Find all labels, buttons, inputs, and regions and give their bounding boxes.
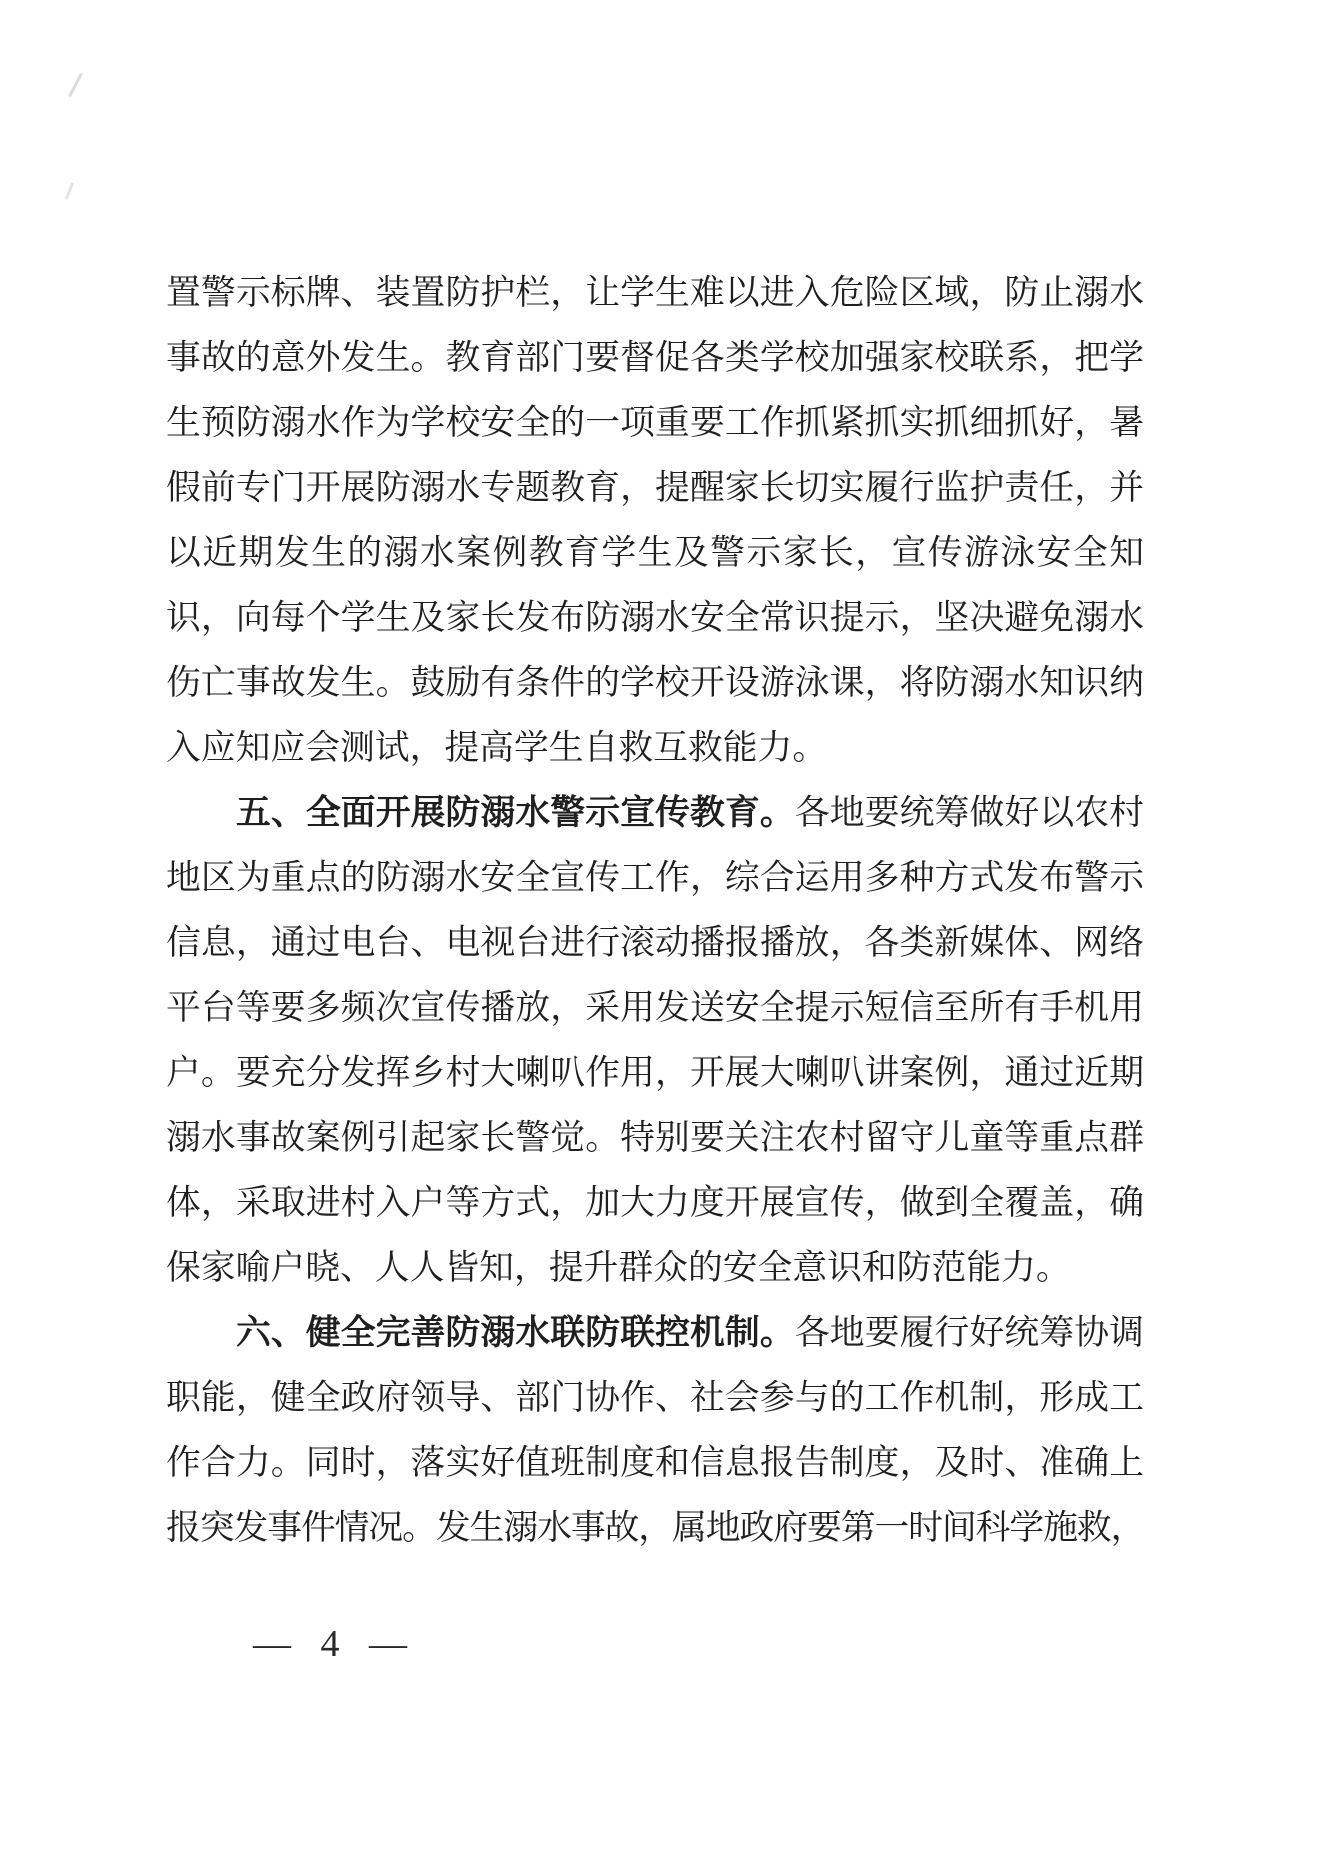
line-text: 职能，健全政府领导、部门协作、社会参与的工作机制，形成工: [166, 1378, 1144, 1417]
line-text: 体，采取进村入户等方式，加大力度开展宣传，做到全覆盖，确: [166, 1183, 1144, 1222]
line-text: 户。要充分发挥乡村大喇叭作用，开展大喇叭讲案例，通过近期: [166, 1053, 1144, 1092]
line-text: 各地要统筹做好以农村: [795, 793, 1144, 832]
text-line: 以近期发生的溺水案例教育学生及警示家长，宣传游泳安全知: [166, 520, 1144, 585]
text-line: 地区为重点的防溺水安全宣传工作，综合运用多种方式发布警示: [166, 845, 1144, 910]
text-line: 生预防溺水作为学校安全的一项重要工作抓紧抓实抓细抓好，暑: [166, 390, 1144, 455]
line-text: 伤亡事故发生。鼓励有条件的学校开设游泳课，将防溺水知识纳: [166, 663, 1144, 702]
text-line: 假前专门开展防溺水专题教育，提醒家长切实履行监护责任，并: [166, 455, 1144, 520]
line-text: 置警示标牌、装置防护栏，让学生难以进入危险区域，防止溺水: [166, 273, 1144, 312]
line-text: 假前专门开展防溺水专题教育，提醒家长切实履行监护责任，并: [166, 468, 1144, 507]
text-line: 保家喻户晓、人人皆知，提升群众的安全意识和防范能力。: [166, 1235, 1144, 1300]
text-line: 溺水事故案例引起家长警觉。特别要关注农村留守儿童等重点群: [166, 1105, 1144, 1170]
text-line: 伤亡事故发生。鼓励有条件的学校开设游泳课，将防溺水知识纳: [166, 650, 1144, 715]
line-text: 事故的意外发生。教育部门要督促各类学校加强家校联系，把学: [166, 338, 1144, 377]
scan-artifact: [65, 182, 75, 200]
line-text: 各地要履行好统筹协调: [795, 1313, 1144, 1352]
line-text: 保家喻户晓、人人皆知，提升群众的安全意识和防范能力。: [166, 1248, 1071, 1287]
line-text: 以近期发生的溺水案例教育学生及警示家长，宣传游泳安全知: [166, 533, 1144, 572]
text-line: 平台等要多频次宣传播放，采用发送安全提示短信至所有手机用: [166, 975, 1144, 1040]
text-line: 事故的意外发生。教育部门要督促各类学校加强家校联系，把学: [166, 325, 1144, 390]
text-line: 体，采取进村入户等方式，加大力度开展宣传，做到全覆盖，确: [166, 1170, 1144, 1235]
text-line: 信息，通过电台、电视台进行滚动播报播放，各类新媒体、网络: [166, 910, 1144, 975]
page-number: — 4 —: [253, 1622, 414, 1666]
text-line: 五、全面开展防溺水警示宣传教育。各地要统筹做好以农村: [166, 780, 1144, 845]
text-line: 置警示标牌、装置防护栏，让学生难以进入危险区域，防止溺水: [166, 260, 1144, 325]
line-text: 报突发事件情况。发生溺水事故，属地政府要第一时间科学施救，: [166, 1508, 1144, 1547]
line-text: 地区为重点的防溺水安全宣传工作，综合运用多种方式发布警示: [166, 858, 1144, 897]
text-line: 职能，健全政府领导、部门协作、社会参与的工作机制，形成工: [166, 1365, 1144, 1430]
text-line: 报突发事件情况。发生溺水事故，属地政府要第一时间科学施救，: [166, 1495, 1144, 1560]
line-text: 平台等要多频次宣传播放，采用发送安全提示短信至所有手机用: [166, 988, 1144, 1027]
line-text: 入应知应会测试，提高学生自救互救能力。: [166, 728, 827, 767]
line-text: 溺水事故案例引起家长警觉。特别要关注农村留守儿童等重点群: [166, 1118, 1144, 1157]
line-text: 生预防溺水作为学校安全的一项重要工作抓紧抓实抓细抓好，暑: [166, 403, 1144, 442]
text-line: 识，向每个学生及家长发布防溺水安全常识提示，坚决避免溺水: [166, 585, 1144, 650]
line-text: 信息，通过电台、电视台进行滚动播报播放，各类新媒体、网络: [166, 923, 1144, 962]
document-body: 置警示标牌、装置防护栏，让学生难以进入危险区域，防止溺水 事故的意外发生。教育部…: [166, 260, 1144, 1560]
line-text: 识，向每个学生及家长发布防溺水安全常识提示，坚决避免溺水: [166, 598, 1144, 637]
scan-artifact: [68, 73, 83, 97]
section-heading: 六、健全完善防溺水联防联控机制。: [236, 1313, 795, 1352]
text-line: 作合力。同时，落实好值班制度和信息报告制度，及时、准确上: [166, 1430, 1144, 1495]
document-page: 置警示标牌、装置防护栏，让学生难以进入危险区域，防止溺水 事故的意外发生。教育部…: [0, 0, 1323, 1870]
text-line: 户。要充分发挥乡村大喇叭作用，开展大喇叭讲案例，通过近期: [166, 1040, 1144, 1105]
section-heading: 五、全面开展防溺水警示宣传教育。: [236, 793, 795, 832]
text-line: 入应知应会测试，提高学生自救互救能力。: [166, 715, 1144, 780]
text-line: 六、健全完善防溺水联防联控机制。各地要履行好统筹协调: [166, 1300, 1144, 1365]
line-text: 作合力。同时，落实好值班制度和信息报告制度，及时、准确上: [166, 1443, 1144, 1482]
